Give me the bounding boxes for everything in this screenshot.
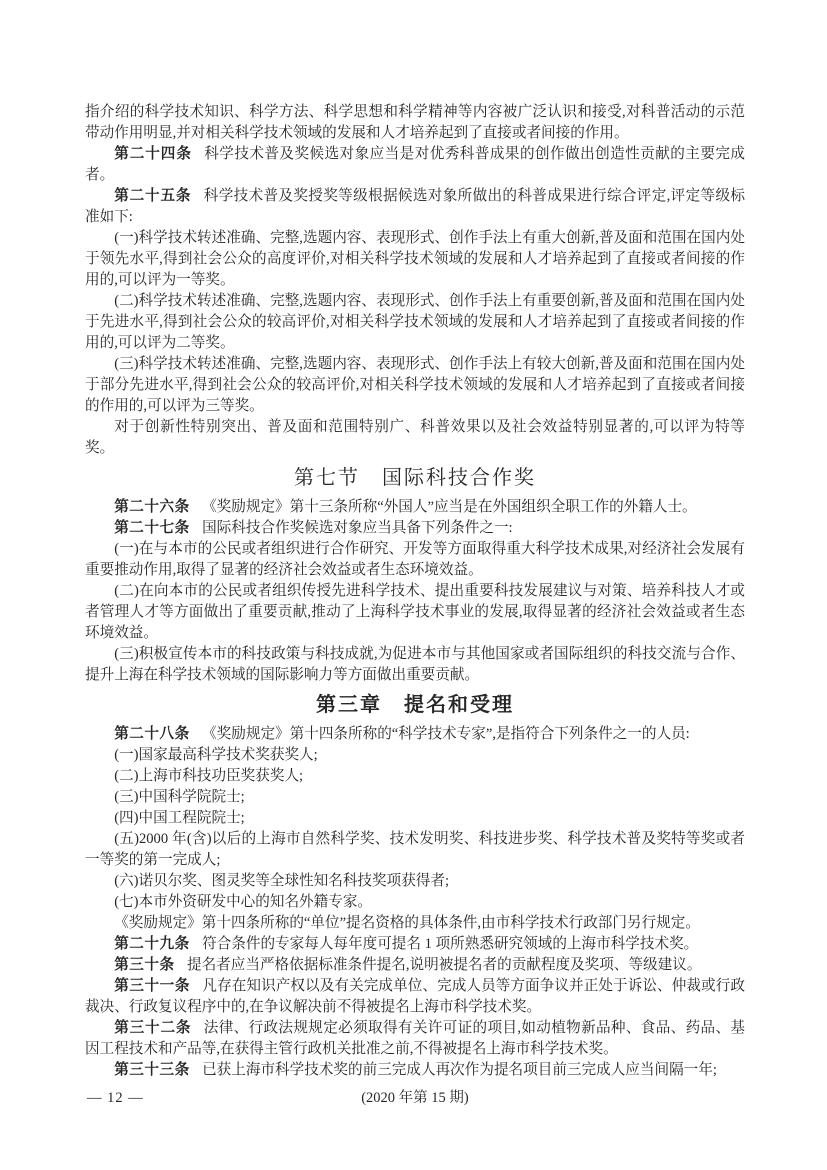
article-number: 第二十七条: [114, 520, 189, 536]
article-number: 第三十二条: [114, 1020, 191, 1036]
item-2: (二)在向本市的公民或者组织传授先进科学技术、提出重要科技发展建议与对策、培养科…: [85, 581, 745, 644]
para-continuation: 指介绍的科学技术知识、科学方法、科学思想和科学精神等内容被广泛认识和接受,对科普…: [85, 102, 745, 144]
article-33: 第三十三条已获上海市科学技术奖的前三完成人再次作为提名项目前三完成人应当间隔一年…: [85, 1060, 745, 1081]
article-25: 第二十五条科学技术普及奖授奖等级根据候选对象所做出的科普成果进行综合评定,评定等…: [85, 186, 745, 228]
article-27: 第二十七条国际科技合作奖候选对象应当具备下列条件之一:: [85, 518, 745, 539]
article-28: 第二十八条《奖励规定》第十四条所称的“科学技术专家”,是指符合下列条件之一的人员…: [85, 724, 745, 745]
item-2: (二)上海市科技功臣奖获奖人;: [85, 766, 745, 787]
item-5: (五)2000 年(含)以后的上海市自然科学奖、技术发明奖、科技进步奖、科学技术…: [85, 829, 745, 871]
article-number: 第二十八条: [114, 726, 189, 742]
item-1: (一)国家最高科学技术奖获奖人;: [85, 745, 745, 766]
chapter-3-heading: 第三章 提名和受理: [85, 692, 745, 718]
article-number: 第三十一条: [114, 978, 190, 994]
item-4: (四)中国工程院院士;: [85, 808, 745, 829]
article-30: 第三十条提名者应当严格依据标准条件提名,说明被提名者的贡献程度及奖项、等级建议。: [85, 955, 745, 976]
item-1: (一)在与本市的公民或者组织进行合作研究、开发等方面取得重大科学技术成果,对经济…: [85, 539, 745, 581]
item-3: (三)科学技术转述准确、完整,选题内容、表现形式、创作手法上有较大创新,普及面和…: [85, 354, 745, 417]
article-number: 第二十六条: [114, 499, 189, 515]
document-body: 指介绍的科学技术知识、科学方法、科学思想和科学精神等内容被广泛认识和接受,对科普…: [85, 102, 745, 1081]
issue-label: (2020 年第 15 期): [85, 1088, 745, 1109]
article-26: 第二十六条《奖励规定》第十三条所称“外国人”应当是在外国组织全职工作的外籍人士。: [85, 497, 745, 518]
para-unit-qualification: 《奖励规定》第十四条所称的“单位”提名资格的具体条件,由市科学技术行政部门另行规…: [85, 913, 745, 934]
section-7-heading: 第七节 国际科技合作奖: [85, 465, 745, 491]
article-29: 第二十九条符合条件的专家每人每年度可提名 1 项所熟悉研究领域的上海市科学技术奖…: [85, 934, 745, 955]
article-number: 第二十九条: [114, 936, 189, 952]
article-number: 第二十四条: [114, 146, 192, 162]
item-3: (三)积极宣传本市的科技政策与科技成就,为促进本市与其他国家或者国际组织的科技交…: [85, 644, 745, 686]
article-number: 第三十三条: [114, 1062, 189, 1078]
article-number: 第二十五条: [114, 188, 191, 204]
article-24: 第二十四条科学技术普及奖候选对象应当是对优秀科普成果的创作做出创造性贡献的主要完…: [85, 144, 745, 186]
item-7: (七)本市外资研发中心的知名外籍专家。: [85, 892, 745, 913]
document-page: 指介绍的科学技术知识、科学方法、科学思想和科学精神等内容被广泛认识和接受,对科普…: [0, 0, 827, 1170]
item-2: (二)科学技术转述准确、完整,选题内容、表现形式、创作手法上有重要创新,普及面和…: [85, 291, 745, 354]
item-6: (六)诺贝尔奖、图灵奖等全球性知名科技奖项获得者;: [85, 871, 745, 892]
item-1: (一)科学技术转述准确、完整,选题内容、表现形式、创作手法上有重大创新,普及面和…: [85, 228, 745, 291]
article-31: 第三十一条凡存在知识产权以及有关完成单位、完成人员等方面争议并正处于诉讼、仲裁或…: [85, 976, 745, 1018]
para-special-grade: 对于创新性特别突出、普及面和范围特别广、科普效果以及社会效益特别显著的,可以评为…: [85, 417, 745, 459]
article-number: 第三十条: [114, 957, 174, 973]
item-3: (三)中国科学院院士;: [85, 787, 745, 808]
page-footer: — 12 — (2020 年第 15 期): [85, 1088, 745, 1109]
article-32: 第三十二条法律、行政法规规定必须取得有关许可证的项目,如动植物新品种、食品、药品…: [85, 1018, 745, 1060]
